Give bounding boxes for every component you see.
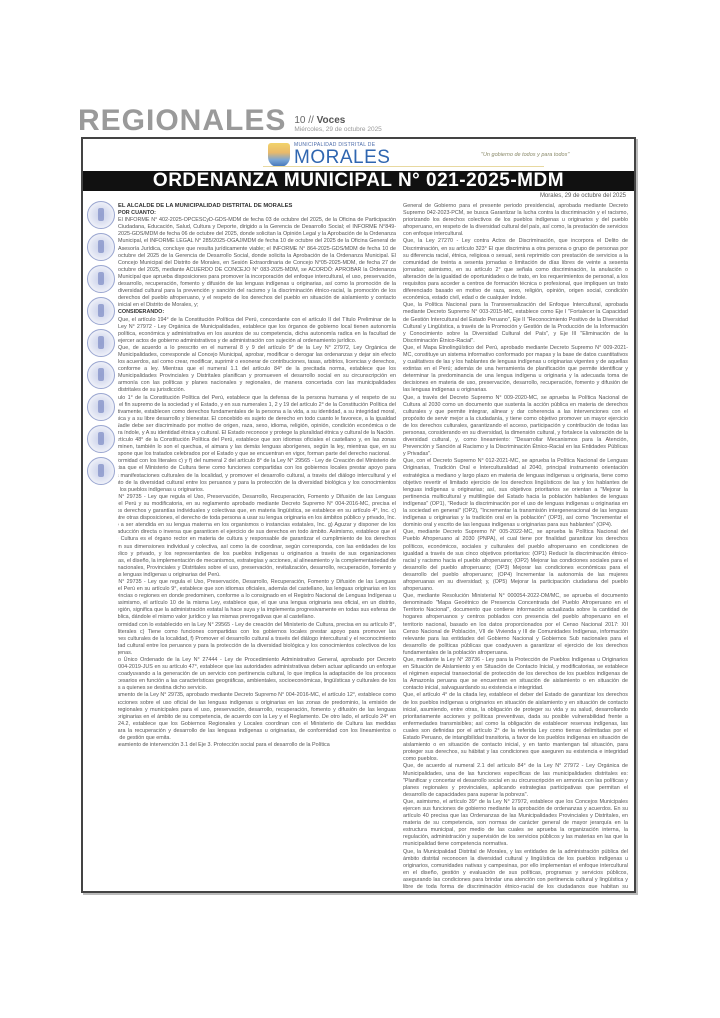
paragraph: Que, el artículo 4° de la citada ley, es… bbox=[403, 692, 628, 763]
seal-stamp-icon bbox=[87, 265, 115, 293]
paragraph: Que, el artículo 1° de la Constitución P… bbox=[118, 395, 396, 438]
paragraph: Que, el artículo 194° de la Constitución… bbox=[118, 317, 396, 345]
document-heading: EL ALCALDE DE LA MUNICIPALIDAD DISTRITAL… bbox=[118, 203, 396, 210]
section-title: REGIONALES bbox=[78, 106, 286, 136]
paragraph: Que, el Texto Único Ordenado de la Ley N… bbox=[118, 657, 396, 692]
seal-stamp-icon bbox=[87, 425, 115, 453]
paragraph: Que, el Mapa Etnolingüístico del Perú, a… bbox=[403, 345, 628, 395]
por-cuanto-label: POR CUANTO: bbox=[118, 210, 396, 217]
place-date: Morales, 29 de octubre del 2025 bbox=[540, 193, 626, 199]
slogan: "Un gobierno de todos y para todos" bbox=[481, 152, 569, 158]
por-cuanto-text: El INFORME N° 402-2025-OPCESCyD-GDS-MDM … bbox=[118, 217, 396, 309]
paragraph: Que, la Ley N° 29735 - Ley que regula el… bbox=[118, 494, 396, 579]
paragraph: Que, mediante la Ley N° 28736 - Ley para… bbox=[403, 657, 628, 692]
paragraph: Que, en el artículo 48° de la Constituci… bbox=[118, 437, 396, 458]
municipality-logo: MUNICIPALIDAD DISTRITAL DE MORALES bbox=[268, 142, 390, 167]
paragraph: Que, de acuerdo a lo prescrito en el num… bbox=[118, 345, 396, 395]
logo-name: MORALES bbox=[294, 148, 390, 167]
ordinance-notice: MUNICIPALIDAD DISTRITAL DE MORALES "Un g… bbox=[81, 137, 636, 893]
seal-stamp-icon bbox=[87, 297, 115, 325]
paragraph: General de Gobierno para el presente per… bbox=[403, 203, 628, 238]
seal-stamp-icon bbox=[87, 393, 115, 421]
section-header: REGIONALES 10 // Voces Miércoles, 29 de … bbox=[78, 100, 382, 136]
paragraph: Que, la Política Nacional para la Transv… bbox=[403, 302, 628, 345]
page-number: 10 bbox=[294, 115, 305, 126]
paragraph: Que, a través del Decreto Supremo N° 009… bbox=[403, 395, 628, 459]
seal-stamp-icon bbox=[87, 201, 115, 229]
paragraph: Que, con el Decreto Supremo N° 012-2021-… bbox=[403, 458, 628, 529]
seal-stamps bbox=[87, 201, 115, 489]
coat-of-arms-icon bbox=[268, 143, 290, 167]
paragraph: Que, la Ley N° 29735 - Ley que regula el… bbox=[118, 579, 396, 622]
paragraph: Que, la Ley 27270 - Ley contra Actos de … bbox=[403, 238, 628, 302]
paragraph: Que, asimismo, el artículo 39° de la Ley… bbox=[403, 799, 628, 849]
paragraph: Que, la Municipalidad Distrital de Moral… bbox=[403, 849, 628, 888]
seal-stamp-icon bbox=[87, 233, 115, 261]
issue-info: 10 // Voces Miércoles, 29 de octubre 202… bbox=[294, 115, 381, 136]
seal-stamp-icon bbox=[87, 457, 115, 485]
document-title: ORDENANZA MUNICIPAL N° 021-2025-MDM bbox=[83, 171, 634, 191]
paragraph: Que, de acuerdo al numeral 2.1 del artíc… bbox=[403, 763, 628, 798]
seal-stamp-icon bbox=[87, 361, 115, 389]
issue-date: Miércoles, 29 de octubre 2025 bbox=[294, 126, 381, 134]
paragraph: Que, el Reglamento de la Ley N° 29735, a… bbox=[118, 692, 396, 742]
paragraph: Que, mediante Decreto Supremo N° 005-202… bbox=[403, 529, 628, 593]
divider bbox=[263, 166, 544, 167]
right-column: General de Gobierno para el presente per… bbox=[403, 203, 628, 888]
paragraph: Que, de conformidad con lo establecido e… bbox=[118, 622, 396, 657]
seal-stamp-icon bbox=[87, 329, 115, 357]
paragraph: Que, mediante Resolución Ministerial N° … bbox=[403, 593, 628, 657]
municipality-header: MUNICIPALIDAD DISTRITAL DE MORALES "Un g… bbox=[83, 139, 634, 169]
paragraph: Que, en el lineamiento de intervención 3… bbox=[118, 742, 396, 749]
considerando-label: CONSIDERANDO: bbox=[118, 309, 396, 316]
left-column: EL ALCALDE DE LA MUNICIPALIDAD DISTRITAL… bbox=[118, 203, 396, 888]
publication-name: Voces bbox=[317, 115, 346, 126]
separator: // bbox=[308, 115, 314, 126]
paragraph: Que, de conformidad con los literales c)… bbox=[118, 458, 396, 493]
